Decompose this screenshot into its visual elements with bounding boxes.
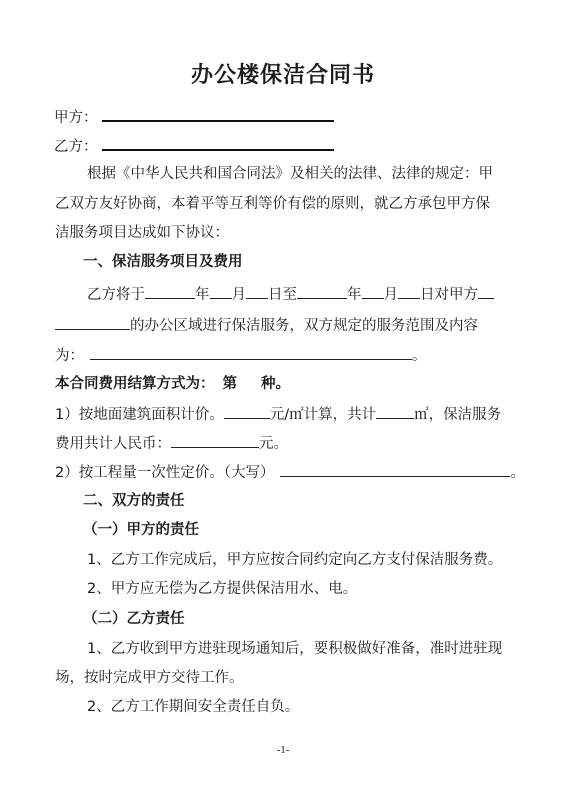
text: 第 bbox=[223, 376, 238, 392]
service-content-blank[interactable] bbox=[90, 345, 412, 360]
text: 1）按地面建筑面积计价。 bbox=[55, 407, 224, 423]
option-1-line-1: 1）按地面建筑面积计价。元/㎡计算，共计㎡，保洁服务 bbox=[55, 404, 501, 424]
text: 元/㎡计算，共计 bbox=[270, 407, 376, 423]
total-amount-blank[interactable] bbox=[171, 433, 259, 448]
party-a-label: 甲方： bbox=[54, 110, 98, 126]
party-a-duties-heading: （一）甲方的责任 bbox=[83, 521, 199, 539]
page-number: -1- bbox=[0, 744, 566, 756]
end-day-blank[interactable] bbox=[398, 284, 420, 299]
start-year-blank[interactable] bbox=[145, 284, 195, 299]
party-b-label: 乙方： bbox=[54, 139, 98, 155]
text: 年 bbox=[195, 287, 210, 303]
party-a-duty-1: 1、乙方工作完成后，甲方应按合同约定向乙方支付保洁服务费。 bbox=[87, 551, 502, 569]
text: 月 bbox=[232, 287, 247, 303]
end-year-blank[interactable] bbox=[297, 284, 347, 299]
document-title: 办公楼保洁合同书 bbox=[0, 58, 566, 89]
party-b-duty-2: 2、乙方工作期间安全责任自负。 bbox=[87, 698, 299, 716]
option-1-line-2: 费用共计人民币：元。 bbox=[55, 433, 288, 453]
party-a-line: 甲方： bbox=[54, 106, 334, 127]
service-content-line: 为：。 bbox=[55, 345, 427, 365]
intro-line-3: 洁服务项目达成如下协议： bbox=[55, 224, 229, 242]
intro-line-2: 乙双方友好协商，本着平等互利等价有偿的原则，就乙方承包甲方保 bbox=[55, 195, 490, 213]
text: 元。 bbox=[259, 436, 288, 452]
party-a-blank[interactable] bbox=[102, 106, 334, 122]
text: 本合同费用结算方式为： bbox=[55, 376, 215, 392]
party-b-duty-1-line-2: 场，按时完成甲方交待工作。 bbox=[55, 669, 244, 687]
text: 为： bbox=[55, 348, 84, 364]
text: 。 bbox=[510, 465, 525, 481]
unit-price-blank[interactable] bbox=[224, 404, 270, 419]
party-b-blank[interactable] bbox=[102, 135, 334, 151]
text: 。 bbox=[412, 348, 427, 364]
text: 日对甲方 bbox=[420, 287, 478, 303]
area-blank[interactable] bbox=[376, 404, 414, 419]
service-scope-line: 的办公区域进行保洁服务，双方规定的服务范围及内容 bbox=[55, 315, 478, 335]
start-day-blank[interactable] bbox=[246, 284, 268, 299]
settlement-line: 本合同费用结算方式为：第种。 bbox=[55, 375, 290, 393]
text: 种。 bbox=[261, 376, 290, 392]
party-b-line: 乙方： bbox=[54, 135, 334, 156]
text: 年 bbox=[347, 287, 362, 303]
section-1-heading: 一、保洁服务项目及费用 bbox=[83, 253, 243, 271]
service-period-line: 乙方将于年月日至年月日对甲方 bbox=[87, 284, 494, 304]
party-b-duties-heading: （二）乙方责任 bbox=[83, 610, 185, 628]
text: 日至 bbox=[268, 287, 297, 303]
party-a-duty-2: 2、甲方应无偿为乙方提供保洁用水、电。 bbox=[87, 580, 357, 598]
end-month-blank[interactable] bbox=[362, 284, 384, 299]
intro-line-1: 根据《中华人民共和国合同法》及相关的法律、法律的规定：甲 bbox=[87, 165, 493, 183]
party-b-duty-1-line-1: 1、乙方收到甲方进驻现场通知后，要积极做好准备，准时进驻现 bbox=[87, 640, 502, 658]
text: 乙方将于 bbox=[87, 287, 145, 303]
option-2-line: 2）按工程量一次性定价。（大写）。 bbox=[55, 462, 525, 482]
lump-sum-blank[interactable] bbox=[280, 462, 510, 477]
text: ㎡，保洁服务 bbox=[414, 407, 501, 423]
text: 的办公区域进行保洁服务，双方规定的服务范围及内容 bbox=[130, 318, 478, 334]
text: 2）按工程量一次性定价。（大写） bbox=[55, 465, 274, 481]
section-2-heading: 二、双方的责任 bbox=[83, 492, 185, 510]
text: 月 bbox=[384, 287, 399, 303]
party-a-name-blank[interactable] bbox=[478, 284, 494, 299]
start-month-blank[interactable] bbox=[210, 284, 232, 299]
party-a-name-blank-cont[interactable] bbox=[55, 315, 130, 330]
text: 费用共计人民币： bbox=[55, 436, 171, 452]
